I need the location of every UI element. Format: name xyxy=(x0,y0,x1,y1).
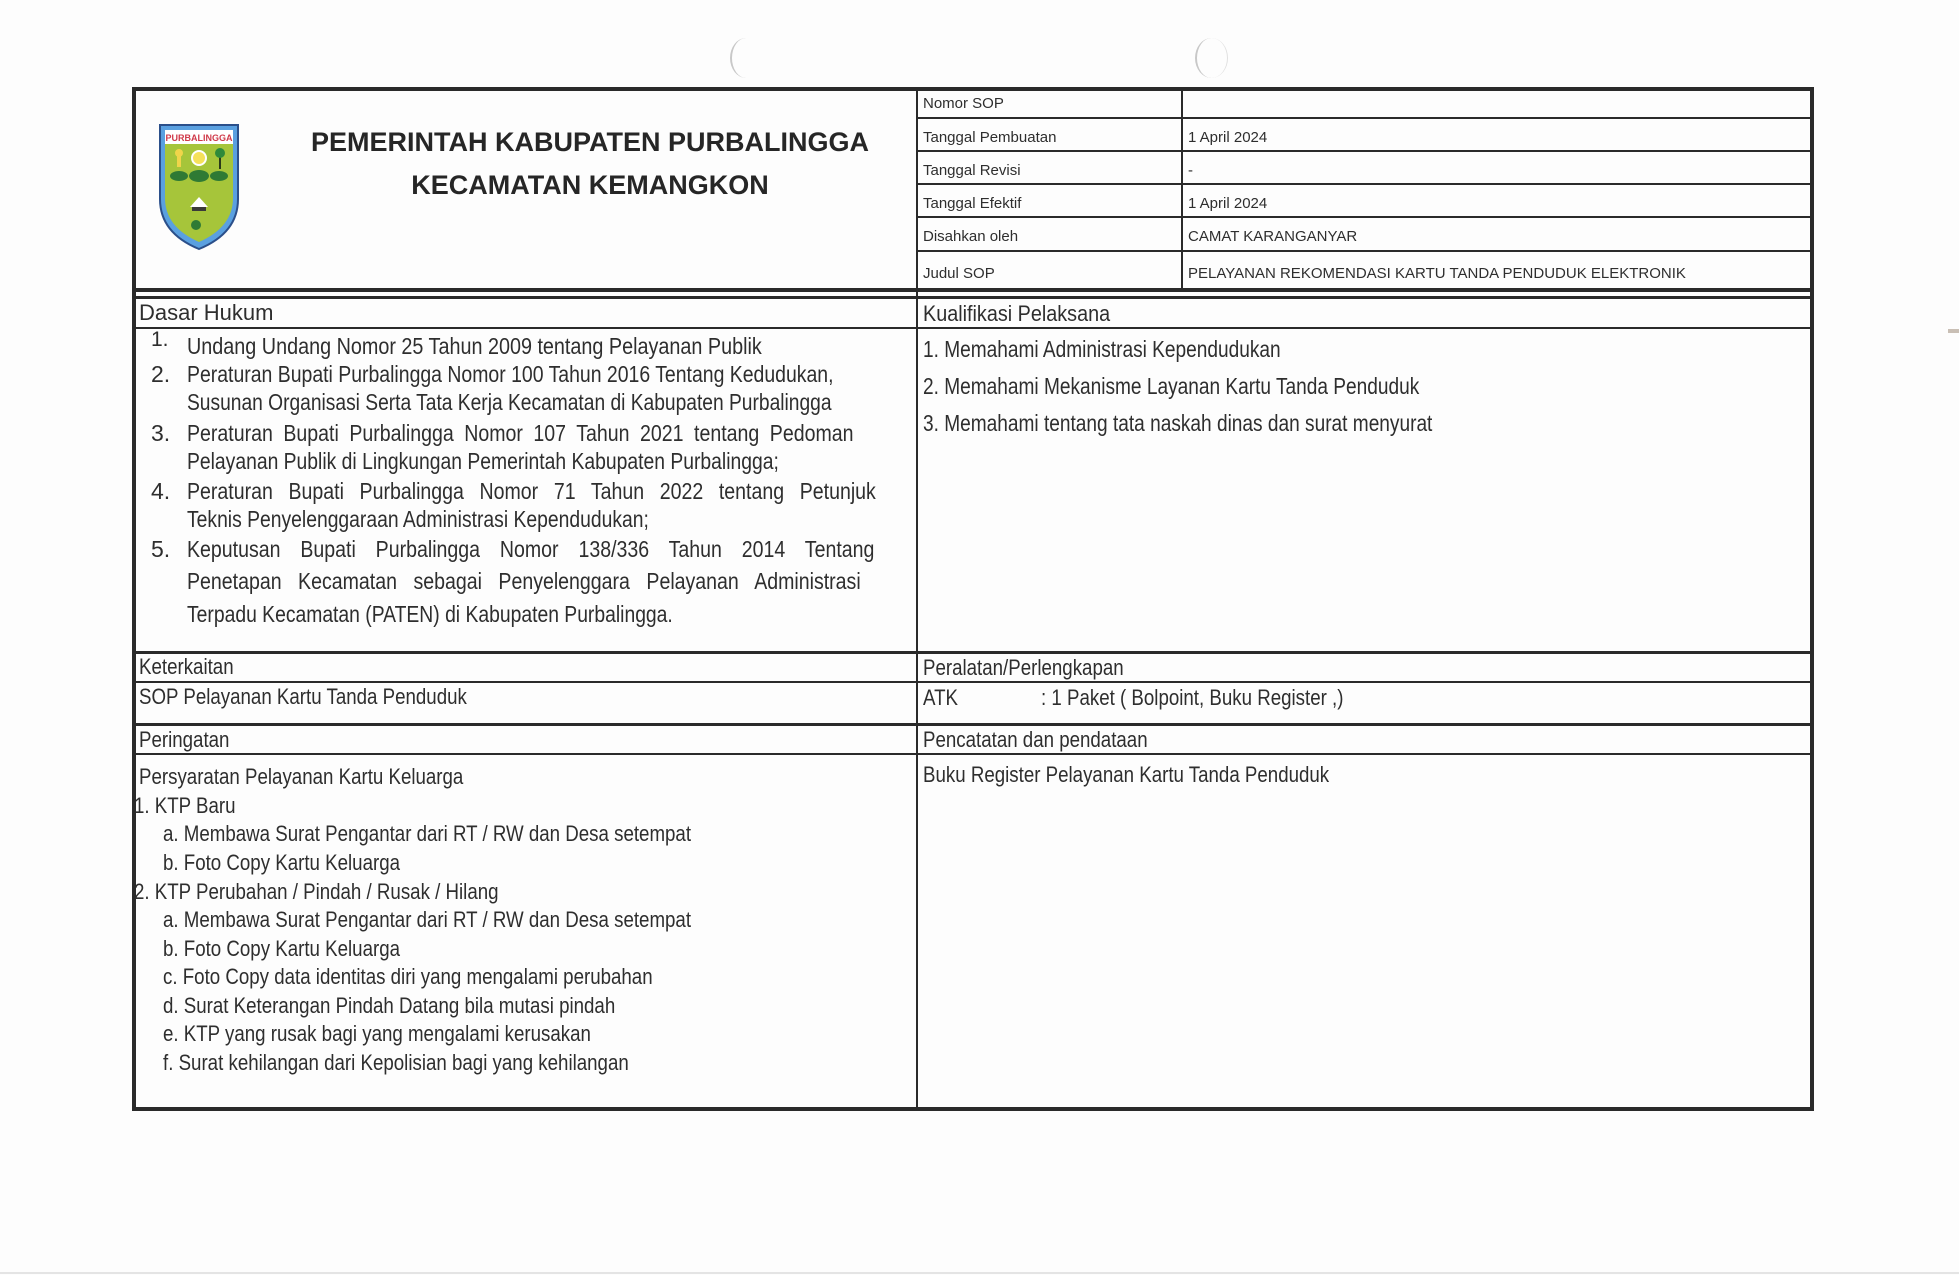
punch-hole-mark xyxy=(730,38,762,78)
list-number: 2. xyxy=(151,361,170,388)
list-item: Susunan Organisasi Serta Tata Kerja Keca… xyxy=(187,389,832,416)
peralatan-item-value: : 1 Paket ( Bolpoint, Buku Register ,) xyxy=(1041,685,1343,711)
peringatan-heading: Persyaratan Pelayanan Kartu Keluarga xyxy=(139,764,463,790)
meta-label-tanggal-revisi: Tanggal Revisi xyxy=(923,162,1021,179)
section-title-peralatan: Peralatan/Perlengkapan xyxy=(923,655,1124,681)
section-title-kualifikasi-pelaksana: Kualifikasi Pelaksana xyxy=(923,301,1110,327)
section-title-dasar-hukum: Dasar Hukum xyxy=(139,300,273,326)
border xyxy=(916,117,1812,119)
requirement-group-title: 2. KTP Perubahan / Pindah / Rusak / Hila… xyxy=(134,879,499,905)
border xyxy=(132,681,1814,683)
requirement-item: a. Membawa Surat Pengantar dari RT / RW … xyxy=(163,907,691,933)
border xyxy=(132,87,136,1111)
list-item: Pelayanan Publik di Lingkungan Pemerinta… xyxy=(187,448,779,475)
list-item: Peraturan Bupati Purbalingga Nomor 71 Ta… xyxy=(187,478,876,505)
meta-label-disahkan-oleh: Disahkan oleh xyxy=(923,228,1018,245)
requirement-item: a. Membawa Surat Pengantar dari RT / RW … xyxy=(163,821,691,847)
border xyxy=(916,250,1812,252)
border xyxy=(132,327,1814,329)
list-number: 3. xyxy=(151,420,170,447)
border xyxy=(132,1107,1814,1111)
pencatatan-value: Buku Register Pelayanan Kartu Tanda Pend… xyxy=(923,762,1329,788)
requirement-item: d. Surat Keterangan Pindah Datang bila m… xyxy=(163,993,615,1019)
list-number: 5. xyxy=(151,536,170,563)
list-item: 2. Memahami Mekanisme Layanan Kartu Tand… xyxy=(923,373,1419,400)
border xyxy=(916,87,918,1109)
meta-value-tanggal-efektif: 1 April 2024 xyxy=(1188,195,1267,212)
meta-value-disahkan-oleh: CAMAT KARANGANYAR xyxy=(1188,228,1357,245)
punch-hole-mark xyxy=(1195,38,1228,78)
list-item: Penetapan Kecamatan sebagai Penyelenggar… xyxy=(187,568,861,595)
peralatan-item-label: ATK xyxy=(923,685,958,711)
meta-value-judul-sop: PELAYANAN REKOMENDASI KARTU TANDA PENDUD… xyxy=(1188,265,1686,282)
list-item: Keputusan Bupati Purbalingga Nomor 138/3… xyxy=(187,536,874,563)
header-title-district: KECAMATAN KEMANGKON xyxy=(260,170,920,201)
border xyxy=(916,150,1812,152)
margin-mark xyxy=(1948,329,1959,333)
list-item: Undang Undang Nomor 25 Tahun 2009 tentan… xyxy=(187,333,762,360)
border xyxy=(916,183,1812,185)
header-title-government: PEMERINTAH KABUPATEN PURBALINGGA xyxy=(260,127,920,158)
meta-label-nomor-sop: Nomor SOP xyxy=(923,95,1004,112)
meta-label-tanggal-efektif: Tanggal Efektif xyxy=(923,195,1021,212)
list-item: Teknis Penyelenggaraan Administrasi Kepe… xyxy=(187,506,649,533)
svg-text:PURBALINGGA: PURBALINGGA xyxy=(166,133,233,143)
purbalingga-emblem-icon: PURBALINGGA xyxy=(158,121,240,251)
requirement-group-title: 1. KTP Baru xyxy=(134,793,236,819)
meta-value-tanggal-pembuatan: 1 April 2024 xyxy=(1188,129,1267,146)
border xyxy=(132,87,1814,91)
requirement-item: f. Surat kehilangan dari Kepolisian bagi… xyxy=(163,1050,629,1076)
requirement-item: b. Foto Copy Kartu Keluarga xyxy=(163,936,400,962)
scan-edge xyxy=(0,1272,1959,1274)
meta-label-tanggal-pembuatan: Tanggal Pembuatan xyxy=(923,129,1056,146)
border xyxy=(132,296,1814,299)
border xyxy=(132,288,1814,292)
section-title-peringatan: Peringatan xyxy=(139,727,229,753)
keterkaitan-value: SOP Pelayanan Kartu Tanda Penduduk xyxy=(139,684,467,710)
meta-label-judul-sop: Judul SOP xyxy=(923,265,995,282)
requirement-item: b. Foto Copy Kartu Keluarga xyxy=(163,850,400,876)
list-number: 1. xyxy=(151,328,169,352)
section-title-keterkaitan: Keterkaitan xyxy=(139,654,234,680)
meta-value-tanggal-revisi: - xyxy=(1188,162,1193,179)
list-number: 4. xyxy=(151,478,170,505)
list-item: 3. Memahami tentang tata naskah dinas da… xyxy=(923,410,1432,437)
list-item: Terpadu Kecamatan (PATEN) di Kabupaten P… xyxy=(187,601,673,628)
border xyxy=(132,651,1814,654)
border xyxy=(916,216,1812,218)
border xyxy=(132,753,1814,755)
requirement-item: e. KTP yang rusak bagi yang mengalami ke… xyxy=(163,1021,591,1047)
border xyxy=(1810,87,1814,1111)
list-item: 1. Memahami Administrasi Kependudukan xyxy=(923,336,1281,363)
section-title-pencatatan: Pencatatan dan pendataan xyxy=(923,727,1148,753)
requirement-item: c. Foto Copy data identitas diri yang me… xyxy=(163,964,653,990)
list-item: Peraturan Bupati Purbalingga Nomor 100 T… xyxy=(187,361,834,388)
list-item: Peraturan Bupati Purbalingga Nomor 107 T… xyxy=(187,420,853,447)
border xyxy=(132,723,1814,726)
